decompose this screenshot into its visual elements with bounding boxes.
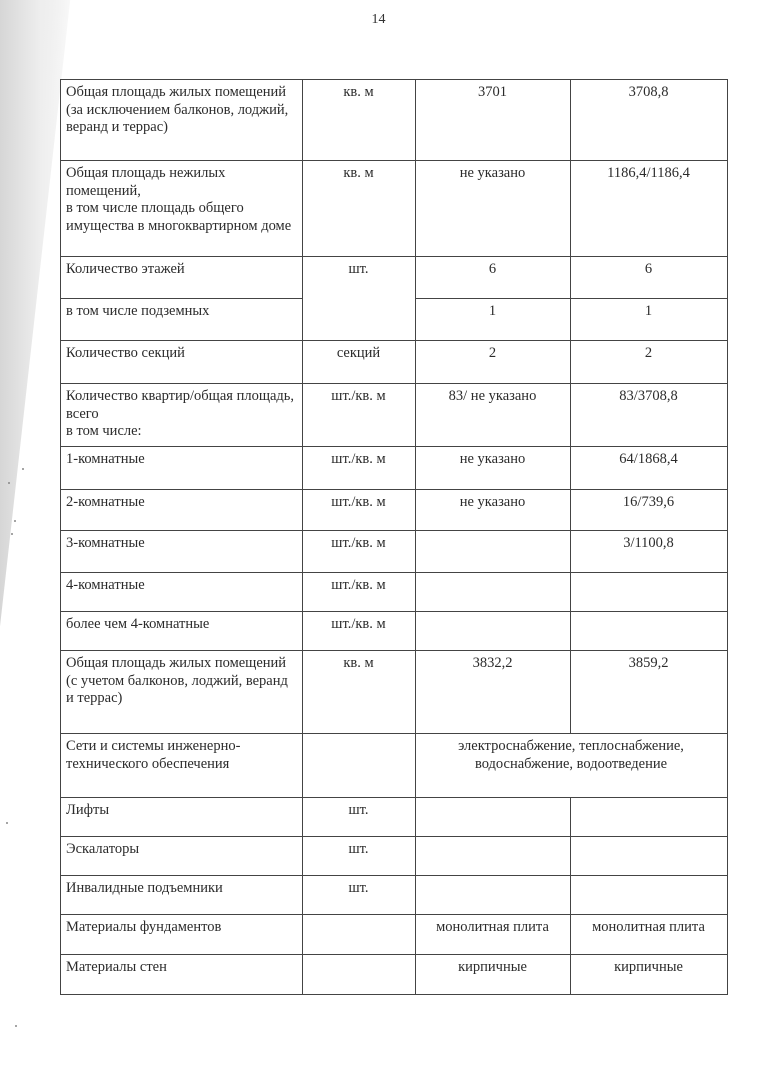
row-label: Инвалидные подъемники (61, 876, 303, 915)
row-actual-value (571, 798, 728, 837)
row-unit: кв. м (303, 651, 416, 734)
row-unit: шт. (303, 876, 416, 915)
row-label: Общая площадь нежилых помещений, в том ч… (61, 161, 303, 257)
table-row: 2-комнатные шт./кв. м не указано 16/739,… (61, 490, 728, 531)
row-actual-value: 1 (571, 299, 728, 341)
table-row: Материалы фундаментов монолитная плита м… (61, 915, 728, 955)
table-row: Лифты шт. (61, 798, 728, 837)
scan-speck (8, 482, 10, 484)
row-actual-value (571, 573, 728, 612)
table-row: Количество этажей шт. 6 6 (61, 257, 728, 299)
row-unit: шт. (303, 837, 416, 876)
row-project-value: 83/ не указано (416, 384, 571, 447)
table-row: Количество квартир/общая площадь, всего … (61, 384, 728, 447)
row-actual-value: монолитная плита (571, 915, 728, 955)
table-row: Эскалаторы шт. (61, 837, 728, 876)
scan-speck (22, 468, 24, 470)
row-label: 2-комнатные (61, 490, 303, 531)
row-label: 3-комнатные (61, 531, 303, 573)
table-row: Общая площадь нежилых помещений, в том ч… (61, 161, 728, 257)
row-actual-value: 83/3708,8 (571, 384, 728, 447)
row-project-value: 1 (416, 299, 571, 341)
row-unit: шт./кв. м (303, 612, 416, 651)
row-label: в том числе подземных (61, 299, 303, 341)
row-actual-value: кирпичные (571, 955, 728, 995)
table-row: Общая площадь жилых помещений (за исключ… (61, 80, 728, 161)
row-unit (303, 915, 416, 955)
row-label: Количество этажей (61, 257, 303, 299)
row-actual-value (571, 837, 728, 876)
row-project-value (416, 798, 571, 837)
row-project-value: не указано (416, 447, 571, 490)
table-row: 3-комнатные шт./кв. м 3/1100,8 (61, 531, 728, 573)
row-unit (303, 734, 416, 798)
row-project-value: 3701 (416, 80, 571, 161)
row-project-value: не указано (416, 490, 571, 531)
row-actual-value (571, 876, 728, 915)
row-unit: кв. м (303, 80, 416, 161)
row-unit: шт./кв. м (303, 447, 416, 490)
row-actual-value: 1186,4/1186,4 (571, 161, 728, 257)
row-unit: шт./кв. м (303, 531, 416, 573)
row-label: Количество секций (61, 341, 303, 384)
row-label: Сети и системы инженерно-технического об… (61, 734, 303, 798)
row-project-value: кирпичные (416, 955, 571, 995)
row-actual-value: 3708,8 (571, 80, 728, 161)
scan-speck (15, 1025, 17, 1027)
row-label: Количество квартир/общая площадь, всего … (61, 384, 303, 447)
row-actual-value: 16/739,6 (571, 490, 728, 531)
row-project-value: 2 (416, 341, 571, 384)
table-row: Сети и системы инженерно-технического об… (61, 734, 728, 798)
row-label: Материалы фундаментов (61, 915, 303, 955)
row-project-value (416, 837, 571, 876)
table-row: Инвалидные подъемники шт. (61, 876, 728, 915)
row-project-value: 3832,2 (416, 651, 571, 734)
row-label: Общая площадь жилых помещений (с учетом … (61, 651, 303, 734)
row-project-value: монолитная плита (416, 915, 571, 955)
row-label: 1-комнатные (61, 447, 303, 490)
table-row: Количество секций секций 2 2 (61, 341, 728, 384)
row-actual-value: 3859,2 (571, 651, 728, 734)
row-project-value (416, 531, 571, 573)
row-actual-value: 3/1100,8 (571, 531, 728, 573)
row-label: Общая площадь жилых помещений (за исключ… (61, 80, 303, 161)
row-project-value: не указано (416, 161, 571, 257)
row-project-value: 6 (416, 257, 571, 299)
row-label: Лифты (61, 798, 303, 837)
row-actual-value: 64/1868,4 (571, 447, 728, 490)
row-actual-value (571, 612, 728, 651)
table-row: Общая площадь жилых помещений (с учетом … (61, 651, 728, 734)
table-row: 4-комнатные шт./кв. м (61, 573, 728, 612)
row-unit: шт./кв. м (303, 573, 416, 612)
row-project-value (416, 876, 571, 915)
scan-speck (6, 822, 8, 824)
row-unit: шт./кв. м (303, 384, 416, 447)
table-row: более чем 4-комнатные шт./кв. м (61, 612, 728, 651)
row-actual-value: 6 (571, 257, 728, 299)
row-project-value (416, 573, 571, 612)
row-merged-value: электроснабжение, теплоснабжение, водосн… (416, 734, 728, 798)
building-specs-table: Общая площадь жилых помещений (за исключ… (60, 79, 728, 995)
page-number: 14 (0, 12, 757, 28)
row-unit: шт. (303, 798, 416, 837)
row-label: Эскалаторы (61, 837, 303, 876)
row-label: Материалы стен (61, 955, 303, 995)
row-label: более чем 4-комнатные (61, 612, 303, 651)
row-unit: кв. м (303, 161, 416, 257)
row-label: 4-комнатные (61, 573, 303, 612)
row-project-value (416, 612, 571, 651)
table-row: Материалы стен кирпичные кирпичные (61, 955, 728, 995)
scan-speck (14, 520, 16, 522)
row-unit: шт./кв. м (303, 490, 416, 531)
row-unit: шт. (303, 257, 416, 341)
row-unit (303, 955, 416, 995)
table-row: 1-комнатные шт./кв. м не указано 64/1868… (61, 447, 728, 490)
row-actual-value: 2 (571, 341, 728, 384)
scan-speck (11, 533, 13, 535)
row-unit: секций (303, 341, 416, 384)
